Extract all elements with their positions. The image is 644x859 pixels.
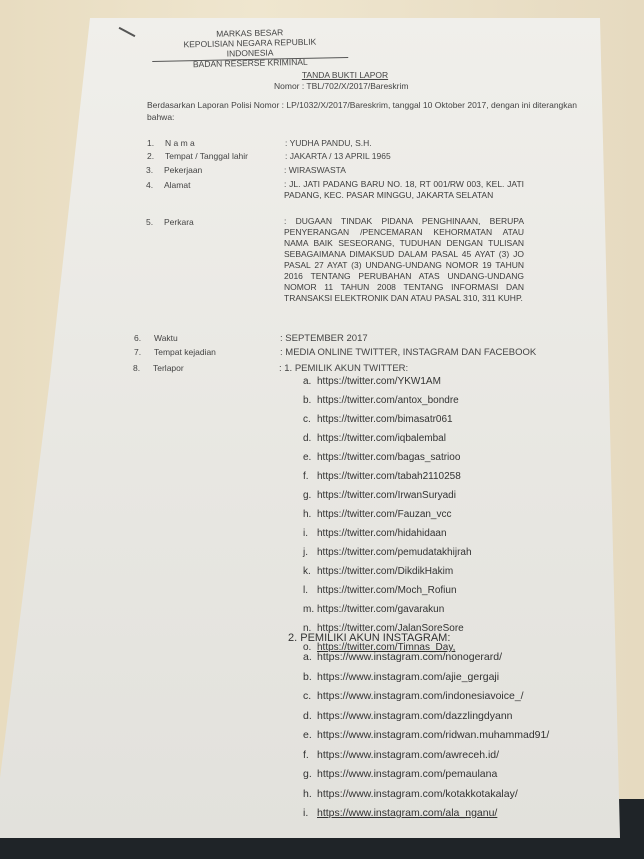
field-value: : JAKARTA / 13 APRIL 1965 <box>285 151 391 161</box>
list-item: h.https://twitter.com/Fauzan_vcc <box>303 509 472 528</box>
list-item: f.https://www.instagram.com/awreceh.id/ <box>303 749 549 769</box>
letterhead: MARKAS BESAR KEPOLISIAN NEGARA REPUBLIK … <box>160 26 341 70</box>
field-value-perkara: : DUGAAN TINDAK PIDANA PENGHINAAN, BERUP… <box>284 216 524 304</box>
field-number: 7. <box>134 347 141 357</box>
account-url: https://twitter.com/iqbalembal <box>317 433 446 444</box>
list-item: k.https://twitter.com/DikdikHakim <box>303 566 472 585</box>
account-url: https://www.instagram.com/ajie_gergaji <box>317 671 499 683</box>
field-value: : WIRASWASTA <box>284 165 346 175</box>
field-label: Alamat <box>164 180 190 190</box>
field-value-alamat: : JL. JATI PADANG BARU NO. 18, RT 001/RW… <box>284 179 524 201</box>
list-item: m.https://twitter.com/gavarakun <box>303 604 472 623</box>
field-value: : YUDHA PANDU, S.H. <box>285 138 372 148</box>
field-number: 4. <box>146 180 153 190</box>
list-item: l.https://twitter.com/Moch_Rofiun <box>303 585 472 604</box>
account-url: https://www.instagram.com/ala_nganu/ <box>317 807 497 819</box>
account-url: https://twitter.com/bagas_satrioo <box>317 452 460 463</box>
field-label: Tempat kejadian <box>154 347 216 357</box>
account-url: https://www.instagram.com/kotakkotakalay… <box>317 788 518 800</box>
document: MARKAS BESAR KEPOLISIAN NEGARA REPUBLIK … <box>0 0 644 859</box>
field-number: 3. <box>146 165 153 175</box>
list-item: d.https://www.instagram.com/dazzlingdyan… <box>303 710 549 730</box>
list-item: b.https://www.instagram.com/ajie_gergaji <box>303 671 549 691</box>
account-url: https://twitter.com/DikdikHakim <box>317 566 453 577</box>
field-number: 6. <box>134 333 141 343</box>
field-value: : 1. PEMILIK AKUN TWITTER: <box>279 363 408 374</box>
pen-mark <box>119 27 136 37</box>
account-url: https://twitter.com/bimasatr061 <box>317 414 453 425</box>
instagram-heading: 2. PEMILIKI AKUN INSTAGRAM: <box>288 632 450 644</box>
list-item: j.https://twitter.com/pemudatakhijrah <box>303 547 472 566</box>
account-url: https://twitter.com/tabah2110258 <box>317 471 461 482</box>
list-item: i.https://www.instagram.com/ala_nganu/ <box>303 807 549 827</box>
list-item: c.https://twitter.com/bimasatr061 <box>303 414 472 433</box>
account-url: https://twitter.com/gavarakun <box>317 604 444 615</box>
list-item: a.https://www.instagram.com/nonogerard/ <box>303 651 549 671</box>
list-item: h.https://www.instagram.com/kotakkotakal… <box>303 788 549 808</box>
list-item: f.https://twitter.com/tabah2110258 <box>303 471 472 490</box>
account-url: https://www.instagram.com/indonesiavoice… <box>317 690 524 702</box>
list-item: b.https://twitter.com/antox_bondre <box>303 395 472 414</box>
twitter-account-list: a.https://twitter.com/YKW1AM b.https://t… <box>303 376 472 661</box>
field-label: Tempat / Tanggal lahir <box>165 151 248 161</box>
list-item: e.https://twitter.com/bagas_satrioo <box>303 452 472 471</box>
list-item: i.https://twitter.com/hidahidaan <box>303 528 472 547</box>
account-url: https://twitter.com/hidahidaan <box>317 528 447 539</box>
field-value: : SEPTEMBER 2017 <box>280 333 368 344</box>
account-url: https://twitter.com/YKW1AM <box>317 376 441 387</box>
list-item: g.https://www.instagram.com/pemaulana <box>303 768 549 788</box>
account-url: https://twitter.com/Moch_Rofiun <box>317 585 457 596</box>
field-number: 8. <box>133 363 140 373</box>
document-number: Nomor : TBL/702/X/2017/Bareskrim <box>274 81 409 91</box>
field-number: 1. <box>147 138 154 148</box>
account-url: https://www.instagram.com/awreceh.id/ <box>317 749 499 761</box>
list-item: g.https://twitter.com/IrwanSuryadi <box>303 490 472 509</box>
field-label: Waktu <box>154 333 178 343</box>
account-url: https://twitter.com/IrwanSuryadi <box>317 490 456 501</box>
field-label: N a m a <box>165 138 195 148</box>
account-url: https://www.instagram.com/dazzlingdyann <box>317 710 513 722</box>
document-title: TANDA BUKTI LAPOR <box>280 70 410 80</box>
account-url: https://twitter.com/pemudatakhijrah <box>317 547 472 558</box>
list-item: a.https://twitter.com/YKW1AM <box>303 376 472 395</box>
list-item: e.https://www.instagram.com/ridwan.muham… <box>303 729 549 749</box>
list-item: c.https://www.instagram.com/indonesiavoi… <box>303 690 549 710</box>
account-url: https://www.instagram.com/nonogerard/ <box>317 651 502 663</box>
account-url: https://www.instagram.com/pemaulana <box>317 768 497 780</box>
field-label: Perkara <box>164 217 194 227</box>
account-url: https://twitter.com/antox_bondre <box>317 395 459 406</box>
field-value: : MEDIA ONLINE TWITTER, INSTAGRAM DAN FA… <box>280 347 536 358</box>
list-item: d.https://twitter.com/iqbalembal <box>303 433 472 452</box>
field-label: Pekerjaan <box>164 165 202 175</box>
account-url: https://www.instagram.com/ridwan.muhamma… <box>317 729 549 741</box>
field-number: 5. <box>146 217 153 227</box>
account-url: https://twitter.com/Fauzan_vcc <box>317 509 452 520</box>
intro-paragraph: Berdasarkan Laporan Polisi Nomor : LP/10… <box>147 99 587 123</box>
field-label: Terlapor <box>153 363 184 373</box>
field-number: 2. <box>147 151 154 161</box>
instagram-account-list: a.https://www.instagram.com/nonogerard/ … <box>303 651 549 827</box>
